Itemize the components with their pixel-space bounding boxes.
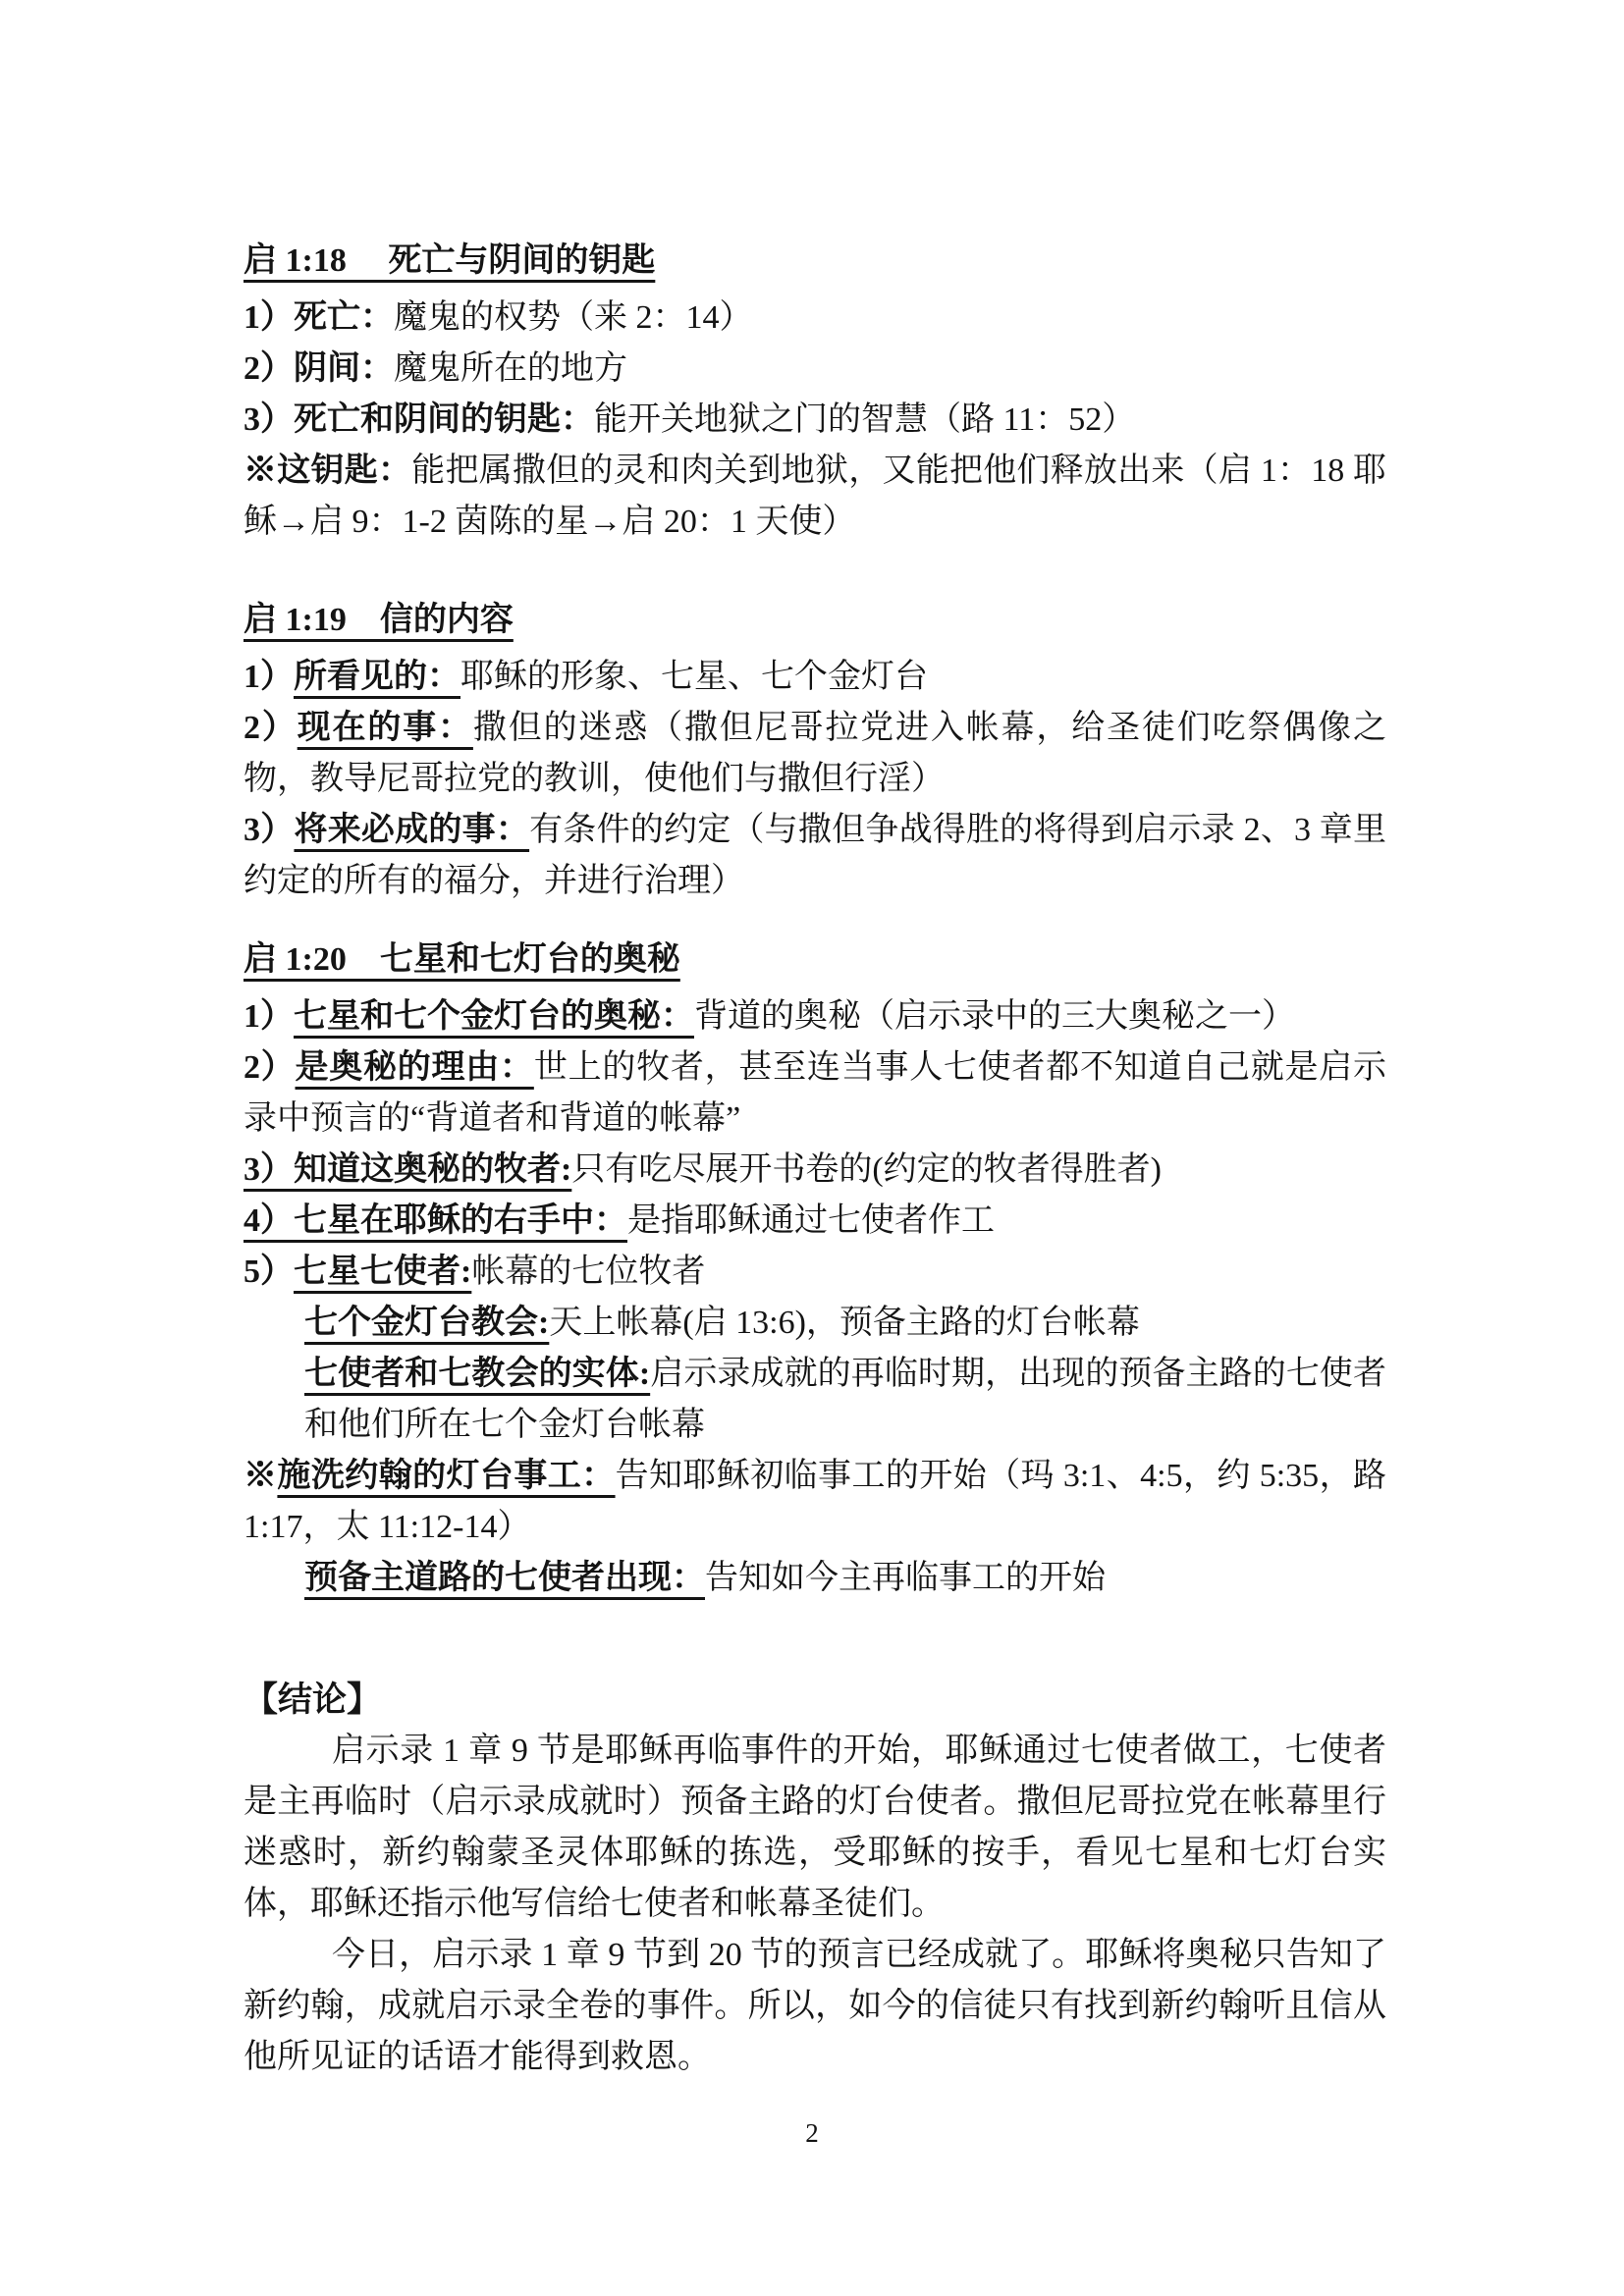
- item-number: ※: [244, 1458, 277, 1494]
- item-label: 七星在耶稣的右手中：: [294, 1202, 627, 1239]
- item-number: 2）: [244, 1049, 296, 1086]
- list-item: 4）七星在耶稣的右手中：是指耶稣通过七使者作工: [244, 1196, 1386, 1247]
- item-label: 知道这奥秘的牧者:: [294, 1151, 571, 1188]
- item-number: 5）: [244, 1254, 294, 1290]
- item-text: 是指耶稣通过七使者作工: [627, 1202, 995, 1239]
- section-rev-1-18: 启 1:18 死亡与阴间的钥匙 1）死亡：魔鬼的权势（来 2：14） 2）阴间：…: [244, 236, 1386, 548]
- item-text: 帐幕的七位牧者: [471, 1254, 705, 1290]
- item-number: 3）: [244, 401, 294, 438]
- list-item: 2）现在的事：撒但的迷惑（撒但尼哥拉党进入帐幕，给圣徒们吃祭偶像之物，教导尼哥拉…: [244, 703, 1386, 805]
- list-item: 七个金灯台教会:天上帐幕(启 13:6)，预备主路的灯台帐幕: [244, 1298, 1386, 1349]
- page-number: 2: [0, 2118, 1624, 2149]
- conclusion-section: 【结论】 启示录 1 章 9 节是耶稣再临事件的开始，耶稣通过七使者做工，七使者…: [244, 1675, 1386, 2083]
- list-item: ※施洗约翰的灯台事工：告知耶稣初临事工的开始（玛 3:1、4:5，约 5:35，…: [244, 1451, 1386, 1553]
- section-heading: 启 1:19 信的内容: [244, 595, 1386, 646]
- list-item: 5）七星七使者:帐幕的七位牧者: [244, 1247, 1386, 1298]
- item-label: 七个金灯台教会:: [304, 1305, 549, 1341]
- item-label: 现在的事：: [298, 710, 473, 746]
- list-item: 1）七星和七个金灯台的奥秘：背道的奥秘（启示录中的三大奥秘之一）: [244, 991, 1386, 1042]
- item-label: 死亡和阴间的钥匙：: [294, 401, 594, 438]
- item-number: 2）: [244, 350, 294, 387]
- conclusion-paragraph: 今日，启示录 1 章 9 节到 20 节的预言已经成就了。耶稣将奥秘只告知了新约…: [244, 1930, 1386, 2083]
- section-heading: 启 1:18 死亡与阴间的钥匙: [244, 236, 1386, 287]
- item-label: 七星七使者:: [294, 1254, 471, 1290]
- list-item: 1）死亡：魔鬼的权势（来 2：14）: [244, 293, 1386, 344]
- item-number: 1）: [244, 299, 294, 336]
- item-text: 天上帐幕(启 13:6)，预备主路的灯台帐幕: [549, 1305, 1140, 1341]
- item-number: ※: [244, 453, 277, 489]
- item-text: 背道的奥秘（启示录中的三大奥秘之一）: [694, 998, 1295, 1035]
- conclusion-paragraph: 启示录 1 章 9 节是耶稣再临事件的开始，耶稣通过七使者做工，七使者是主再临时…: [244, 1726, 1386, 1930]
- item-number: 1）: [244, 998, 294, 1035]
- item-label: 阴间：: [294, 350, 394, 387]
- list-item: 预备主道路的七使者出现：告知如今主再临事工的开始: [244, 1553, 1386, 1604]
- item-label: 死亡：: [294, 299, 394, 336]
- list-item: 2）是奥秘的理由：世上的牧者，甚至连当事人七使者都不知道自己就是启示录中预言的“…: [244, 1042, 1386, 1145]
- item-text: 能把属撒但的灵和肉关到地狱，又能把他们释放出来（启 1：18 耶稣→启 9：1-…: [244, 453, 1386, 540]
- document-content: 启 1:18 死亡与阴间的钥匙 1）死亡：魔鬼的权势（来 2：14） 2）阴间：…: [244, 236, 1386, 2083]
- list-item: 3）死亡和阴间的钥匙：能开关地狱之门的智慧（路 11：52）: [244, 395, 1386, 446]
- item-label: 施洗约翰的灯台事工：: [277, 1458, 615, 1494]
- item-label: 预备主道路的七使者出现：: [304, 1560, 705, 1596]
- item-label: 七使者和七教会的实体:: [304, 1356, 650, 1392]
- section-heading: 启 1:20 七星和七灯台的奥秘: [244, 934, 1386, 986]
- section-rev-1-20: 启 1:20 七星和七灯台的奥秘 1）七星和七个金灯台的奥秘：背道的奥秘（启示录…: [244, 934, 1386, 1604]
- item-text: 只有吃尽展开书卷的(约定的牧者得胜者): [571, 1151, 1162, 1188]
- item-text: 告知如今主再临事工的开始: [705, 1560, 1106, 1596]
- item-number: 3）: [244, 1151, 294, 1188]
- item-number: 3）: [244, 812, 294, 848]
- item-text: 耶稣的形象、七星、七个金灯台: [460, 659, 928, 695]
- list-item: 3）知道这奥秘的牧者:只有吃尽展开书卷的(约定的牧者得胜者): [244, 1145, 1386, 1196]
- item-label: 七星和七个金灯台的奥秘：: [294, 998, 694, 1035]
- item-text: 能开关地狱之门的智慧（路 11：52）: [594, 401, 1135, 438]
- list-item: 3）将来必成的事：有条件的约定（与撒但争战得胜的将得到启示录 2、3 章里约定的…: [244, 805, 1386, 907]
- item-label: 所看见的：: [294, 659, 460, 695]
- item-text: 魔鬼所在的地方: [394, 350, 627, 387]
- list-item: 2）阴间：魔鬼所在的地方: [244, 344, 1386, 395]
- list-item: 1）所看见的：耶稣的形象、七星、七个金灯台: [244, 652, 1386, 703]
- section-rev-1-19: 启 1:19 信的内容 1）所看见的：耶稣的形象、七星、七个金灯台 2）现在的事…: [244, 595, 1386, 907]
- conclusion-heading: 【结论】: [244, 1675, 1386, 1726]
- item-label: 将来必成的事：: [294, 812, 529, 848]
- item-number: 4）: [244, 1202, 294, 1239]
- item-label: 这钥匙：: [277, 453, 411, 489]
- document-page: 启 1:18 死亡与阴间的钥匙 1）死亡：魔鬼的权势（来 2：14） 2）阴间：…: [0, 0, 1624, 2296]
- list-item: ※这钥匙：能把属撒但的灵和肉关到地狱，又能把他们释放出来（启 1：18 耶稣→启…: [244, 446, 1386, 548]
- list-item: 七使者和七教会的实体:启示录成就的再临时期，出现的预备主路的七使者和他们所在七个…: [244, 1349, 1386, 1451]
- item-label: 是奥秘的理由：: [296, 1049, 534, 1086]
- item-number: 2）: [244, 710, 298, 746]
- item-text: 魔鬼的权势（来 2：14）: [394, 299, 753, 336]
- item-number: 1）: [244, 659, 294, 695]
